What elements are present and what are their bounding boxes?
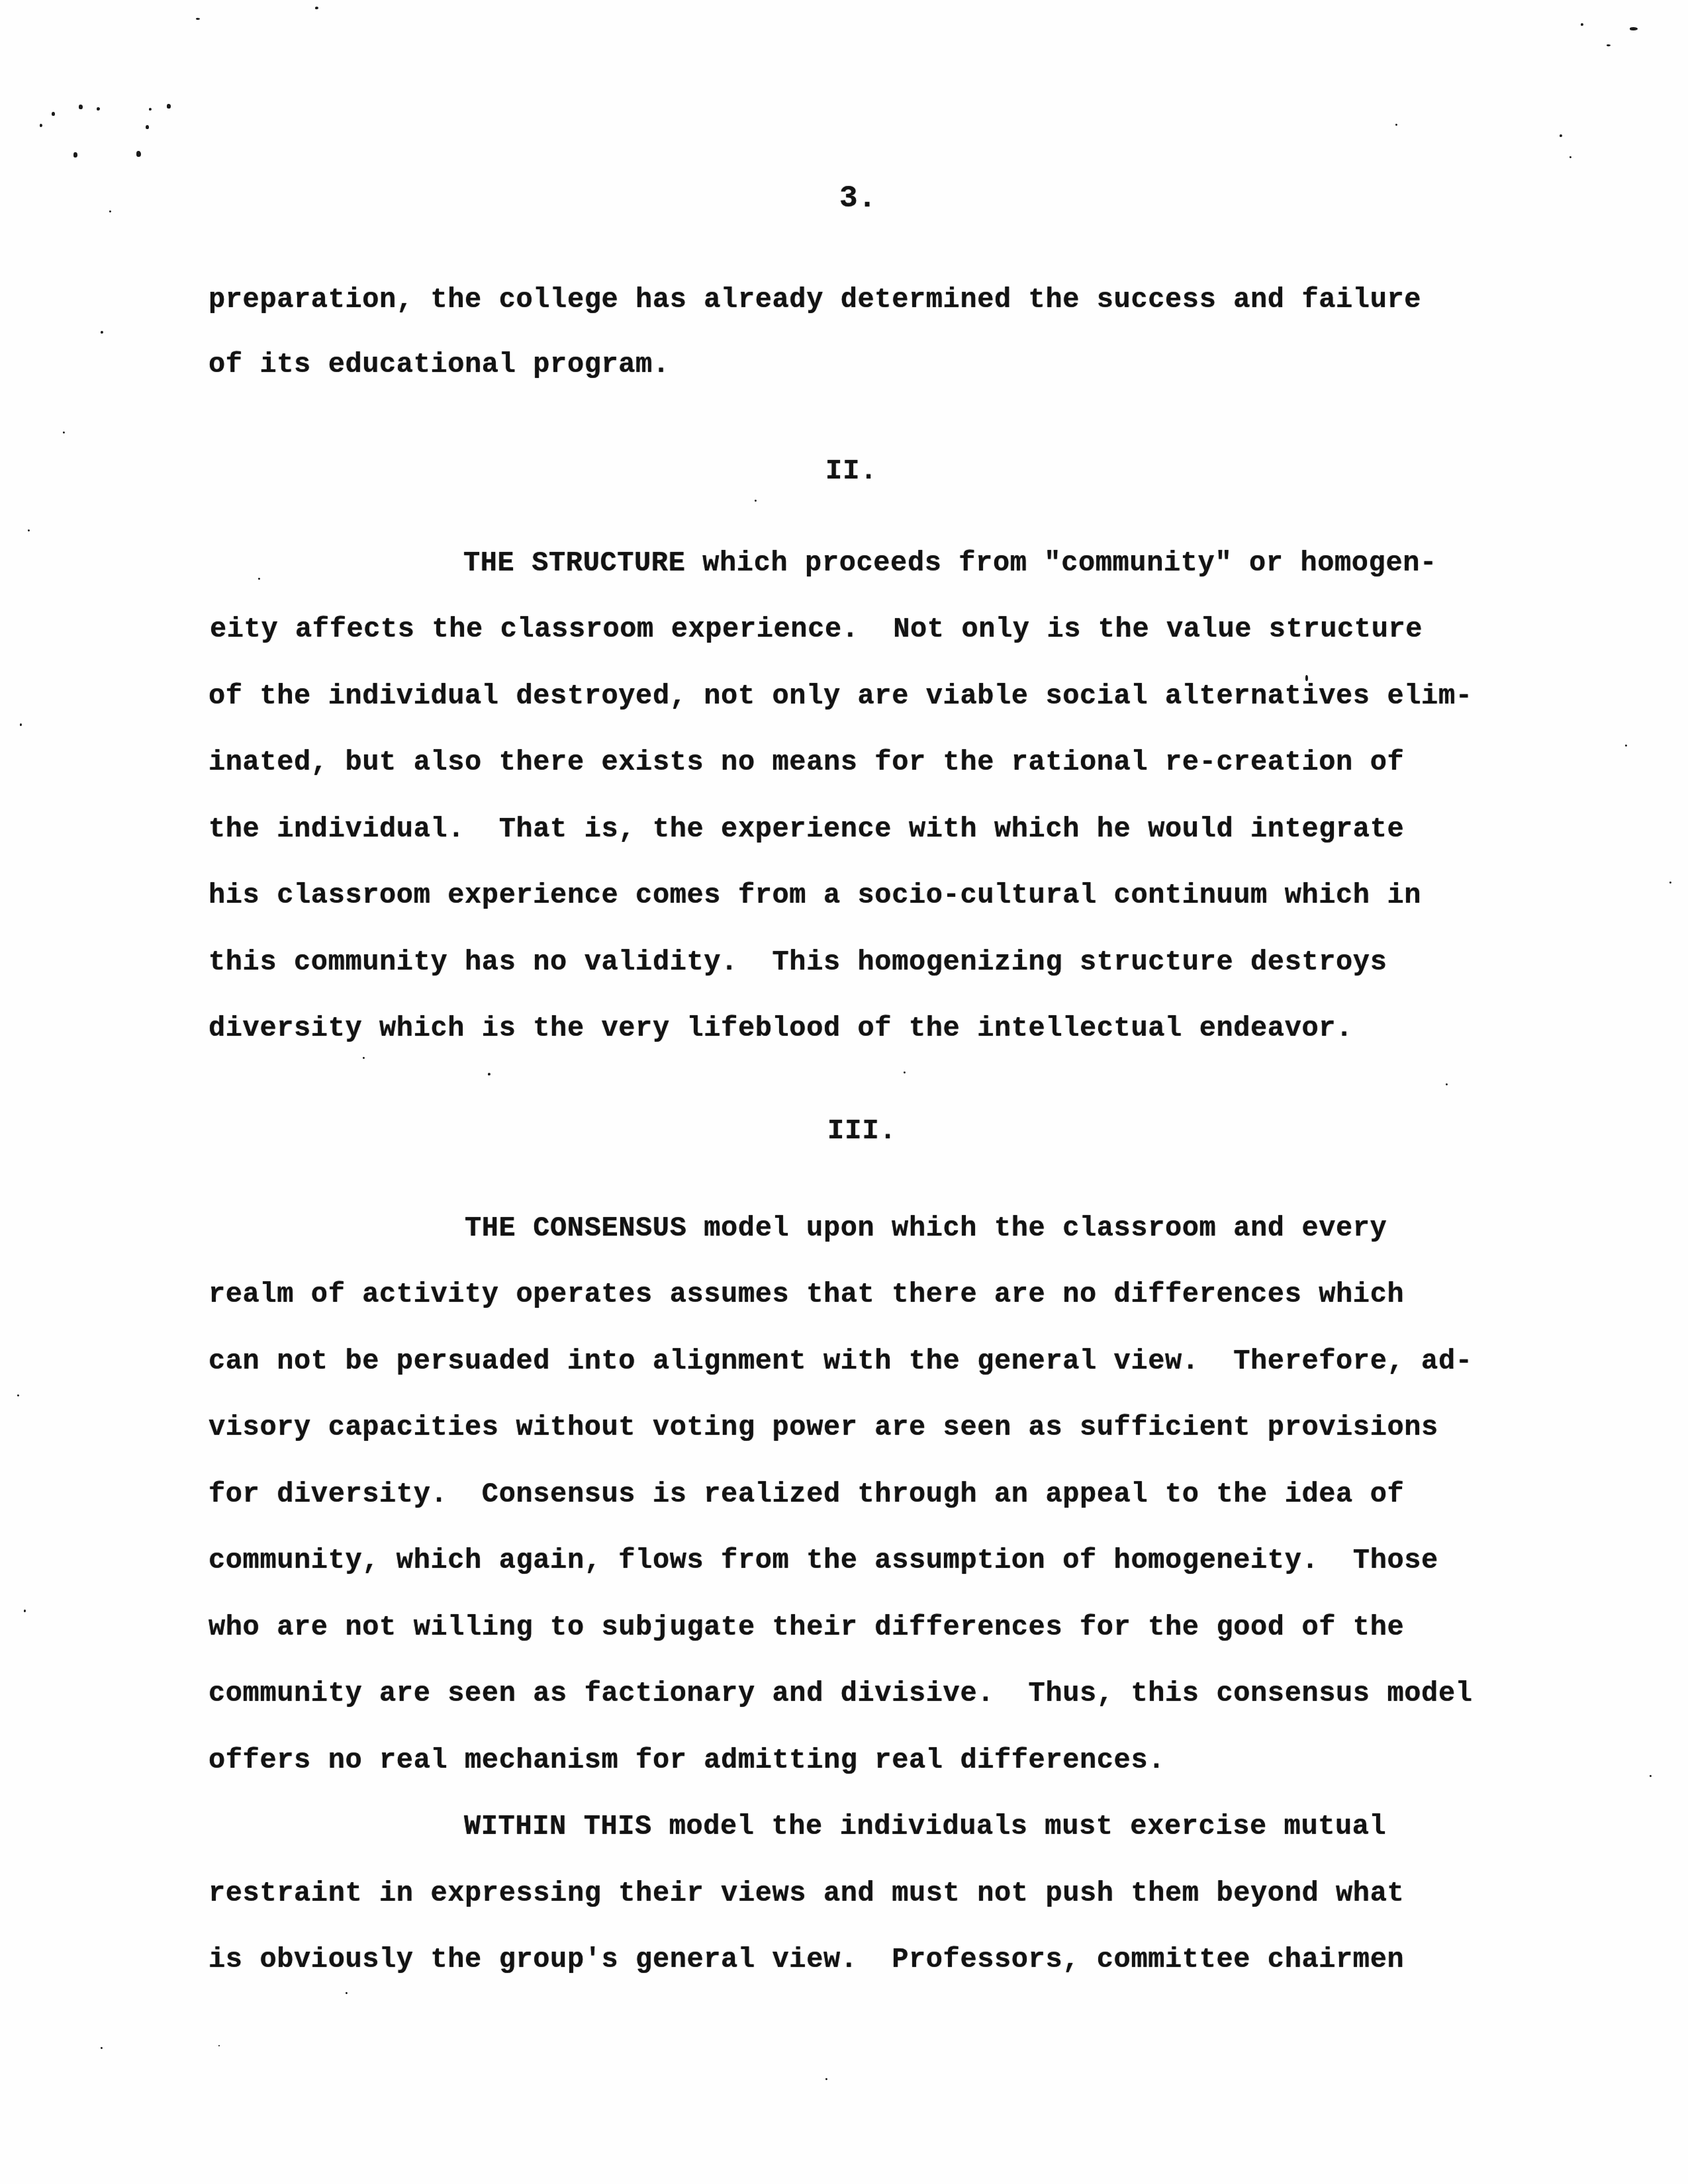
text-line: THE STRUCTURE which proceeds from "commu… [463, 549, 1437, 577]
scan-speck [73, 152, 77, 158]
text-line: restraint in expressing their views and … [209, 1880, 1404, 1907]
scan-speck [1446, 1083, 1448, 1085]
scan-speck [488, 1073, 491, 1075]
scan-speck [218, 2045, 220, 2046]
text-line: preparation, the college has already det… [209, 286, 1421, 314]
scan-speck [1570, 156, 1571, 158]
scan-speck [28, 529, 30, 531]
text-line: eity affects the classroom experience. N… [210, 615, 1423, 643]
text-line: this community has no validity. This hom… [209, 948, 1387, 976]
text-line: community, which again, flows from the a… [209, 1547, 1438, 1574]
section-heading: II. [825, 457, 878, 485]
text-line: realm of activity operates assumes that … [209, 1281, 1404, 1308]
scan-speck [97, 107, 100, 111]
scan-speck [52, 112, 55, 116]
scan-speck [40, 124, 42, 127]
scan-speck [63, 432, 65, 433]
scan-speck [904, 1071, 906, 1073]
scan-speck [167, 104, 171, 109]
text-line: can not be persuaded into alignment with… [209, 1347, 1473, 1375]
scan-speck [1560, 134, 1562, 137]
scan-speck [1305, 675, 1308, 681]
text-line: THE CONSENSUS model upon which the class… [465, 1214, 1387, 1242]
scan-speck [146, 125, 149, 129]
text-line: his classroom experience comes from a so… [209, 882, 1421, 909]
scan-speck [363, 1057, 365, 1059]
scanned-typewritten-page: 3.preparation, the college has already d… [0, 0, 1688, 2184]
scan-speck [1581, 23, 1583, 26]
text-line: the individual. That is, the experience … [209, 815, 1404, 843]
scan-speck [755, 500, 757, 502]
scan-speck [136, 151, 141, 157]
scan-speck [79, 105, 83, 109]
scan-speck [101, 2047, 103, 2049]
scan-speck [109, 210, 111, 212]
text-line: inated, but also there exists no means f… [209, 749, 1404, 776]
scan-speck [346, 1992, 348, 1994]
scan-speck [1395, 124, 1397, 126]
scan-speck [17, 1394, 19, 1396]
scan-speck [825, 2078, 827, 2080]
scan-speck [24, 1610, 26, 1612]
scan-speck [1630, 27, 1638, 30]
text-line: of the individual destroyed, not only ar… [209, 682, 1473, 710]
text-line: community are seen as factionary and div… [209, 1680, 1473, 1707]
scan-speck [20, 723, 22, 726]
scan-speck [258, 578, 260, 580]
scan-speck [101, 331, 103, 334]
text-line: for diversity. Consensus is realized thr… [209, 1480, 1404, 1508]
text-line: of its educational program. [209, 351, 670, 379]
scan-speck [1607, 44, 1611, 46]
text-line: offers no real mechanism for admitting r… [209, 1747, 1165, 1774]
text-line: who are not willing to subjugate their d… [209, 1614, 1404, 1641]
text-line: diversity which is the very lifeblood of… [209, 1015, 1353, 1042]
scan-speck [149, 108, 152, 111]
text-line: WITHIN THIS model the individuals must e… [464, 1813, 1386, 1841]
scan-speck [1625, 745, 1627, 747]
text-line: visory capacities without voting power a… [209, 1414, 1438, 1441]
page-number: 3. [839, 183, 876, 214]
scan-speck [1650, 1775, 1652, 1777]
text-line: is obviously the group's general view. P… [209, 1946, 1404, 1974]
section-heading: III. [827, 1117, 897, 1145]
scan-speck [1669, 882, 1671, 884]
scan-speck [315, 7, 318, 9]
scan-speck [196, 18, 200, 20]
